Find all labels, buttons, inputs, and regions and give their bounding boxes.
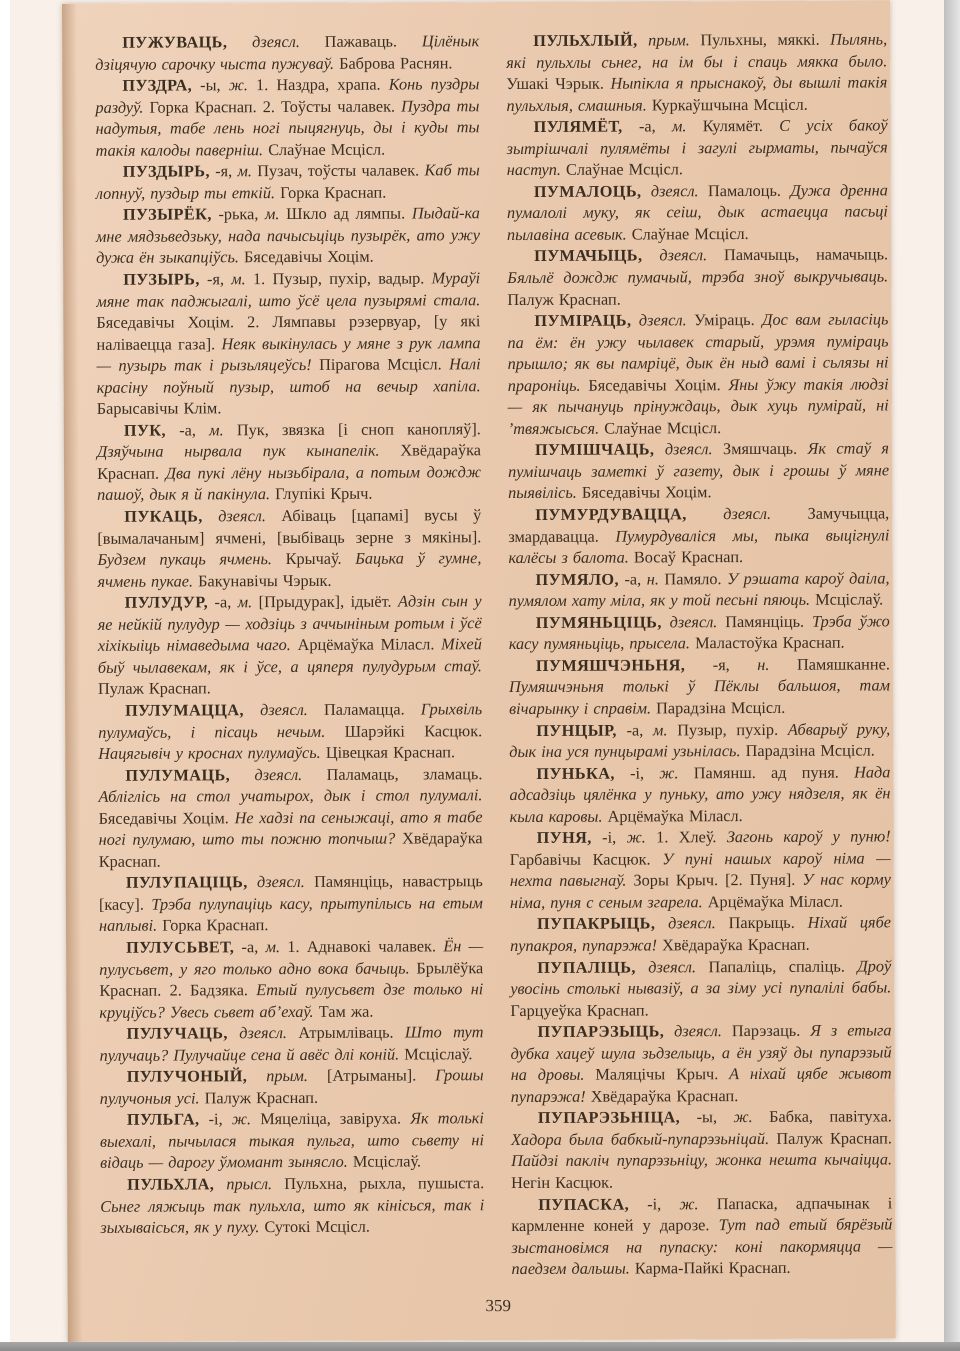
headword: ПУПАСКА, [538, 1194, 629, 1213]
dictionary-entry: ПУНЦЫР, -а, м. Пузыр, пухір. Абварыў рук… [509, 718, 890, 763]
definition-text: Бяседавічы Хоцім. [581, 375, 721, 395]
definition-text: Маляцічы Крыч. [584, 1064, 718, 1084]
definition-text: Паламацца. [308, 699, 405, 718]
definition-text: Арцёмаўка Міласл. [602, 806, 742, 826]
example-text: Хадора была бабкый-пупарэзьніцай. [511, 1129, 769, 1149]
headword: ПУЛУПАЦІЦЬ, [126, 873, 248, 893]
dictionary-entry: ПУЛУЧОНЫЙ, прым. [Атрыманы]. Грошы пулуч… [100, 1064, 484, 1109]
headword: ПУЖУВАЦЬ, [122, 32, 227, 51]
definition-text: -а, [166, 420, 196, 439]
definition-text: 1. Хлеў. [646, 827, 717, 846]
grammar-label: м. [196, 420, 224, 439]
definition-text: Куркаўшчына Мсцісл. [647, 94, 808, 114]
dictionary-entry: ПУМЯНЬЦІЦЬ, дзеясл. Памянціць. Трэба ўжо… [509, 610, 890, 655]
definition-text: Арцёмаўка Міласл. [291, 635, 435, 655]
dictionary-entry: ПУК, -а, м. Пук, звязка [і сноп канопляў… [97, 418, 481, 506]
dictionary-entry: ПУМУРДУВАЦЦА, дзеясл. Замучыцца, змардав… [508, 502, 889, 568]
headword: ПУМІШЧАЦЬ, [535, 440, 654, 460]
headword: ПУЛЬХЛЫЙ, [533, 30, 637, 49]
dictionary-entry: ПУЛУМАЦЦА, дзеясл. Паламацца. Грыхвіль п… [98, 698, 482, 764]
headword: ПУМАЧЫЦЬ, [534, 246, 642, 265]
headword: ПУПАКРЫЦЬ, [537, 914, 655, 934]
dictionary-entry: ПУЗЫРЁК, -рька, м. Шкло ад лямпы. Пыдай-… [96, 203, 480, 269]
dictionary-entry: ПУМЯШЧЭНЬНЯ, -я, н. Памяшканне. Пумяшчэн… [509, 653, 890, 719]
headword: ПУЗДЫРЬ, [123, 162, 210, 181]
grammar-label: прым. [247, 1066, 308, 1085]
grammar-label: ж. [644, 763, 679, 782]
grammar-label: дзеясл. [655, 914, 716, 933]
definition-text: -і, [592, 828, 616, 847]
example-text: Пайдзі пакліч пупарэзьніцу, жонка нешта … [511, 1150, 892, 1171]
grammar-label: ж. [717, 1107, 753, 1126]
definition-text: Пулаж Краснап. [98, 679, 211, 698]
headword: ПУНЦЫР, [536, 720, 617, 739]
definition-text: Цівецкая Краснап. [321, 742, 455, 762]
scanned-book-page: ПУЖУВАЦЬ, дзеясл. Пажаваць. Цілёнык дзіц… [0, 0, 960, 1351]
headword: ПУЛЬГА, [127, 1110, 200, 1129]
grammar-label: дзеясл. [641, 181, 698, 200]
headword: ПУМІРАЦЬ, [534, 311, 631, 330]
definition-text: [Атрыманы]. [308, 1066, 416, 1085]
definition-text: Атрымліваць. [287, 1023, 394, 1042]
definition-text: Баброва Раснян. [334, 53, 453, 73]
grammar-label: ж. [221, 75, 248, 94]
grammar-label: м. [224, 269, 246, 288]
definition-text: Папаліць, спаліць. [696, 956, 845, 976]
definition-text: Памяло. [659, 569, 722, 588]
definition-text: Сутокі Мсцісл. [259, 1217, 370, 1236]
grammar-label: дзеясл. [654, 440, 712, 459]
definition-text: Арцёмаўка Міласл. [703, 891, 843, 911]
grammar-label: прысл. [214, 1174, 272, 1193]
grammar-label: дзеясл. [244, 700, 308, 719]
grammar-label: прым. [638, 30, 690, 49]
definition-text: Пузач, тоўсты чалавек. [252, 161, 419, 181]
headword: ПУЗЫРЬ, [123, 269, 200, 288]
dictionary-entry: ПУПАЛІЦЬ, дзеясл. Папаліць, спаліць. Дро… [510, 955, 891, 1021]
headword: ПУНЯ, [537, 828, 592, 847]
headword: ПУМЯНЬЦІЦЬ, [536, 612, 662, 632]
dictionary-entry: ПУКАЦЬ, дзеясл. Абіваць [цапамі] вусы ў … [97, 504, 481, 592]
grammar-label: ж. [661, 1194, 698, 1213]
definition-text: 1. Аднавокі чалавек. [280, 936, 436, 956]
grammar-label: дзеясл. [687, 504, 771, 523]
definition-text: Палуж Краснап. [507, 289, 621, 308]
headword: ПУПАРЭЗЬНІЦА, [538, 1108, 680, 1128]
definition-text: -а, [208, 592, 231, 611]
scanner-edge-right [944, 0, 960, 1351]
definition-text: -я, [200, 269, 224, 288]
dictionary-entry: ПУМЯЛО, -а, н. Памяло. У рэшата кароў да… [508, 567, 889, 612]
definition-text: Мсціслаў. [810, 590, 883, 609]
headword: ПУНЬКА, [536, 763, 615, 782]
headword: ПУМУРДУВАЦЦА, [535, 504, 687, 524]
definition-text: -і, [615, 763, 644, 782]
dictionary-entry: ПУНЬКА, -і, ж. Памянш. ад пуня. Нада адс… [509, 761, 890, 827]
grammar-label: ж. [223, 1110, 251, 1129]
definition-text: Парэзаць. [722, 1021, 800, 1040]
definition-text: Негін Касцюк. [511, 1173, 613, 1192]
headword: ПУЛУЧОНЫЙ, [127, 1066, 248, 1086]
headword: ПУМЯШЧЭНЬНЯ, [536, 655, 685, 675]
definition-text: Пажаваць. [300, 32, 397, 51]
definition-text: Памянціць. [717, 612, 804, 631]
dictionary-entry: ПУМАЛОЦЬ, дзеясл. Памалоць. Дужа дренна … [507, 179, 888, 245]
definition-text: Змяшчаць. [713, 439, 798, 458]
dictionary-entry: ПУЛУДУР, -а, м. [Прыдурак], ідыёт. Адзін… [98, 590, 482, 699]
definition-text: Пакрыць. [716, 913, 795, 932]
headword: ПУЛУМАЦЬ, [125, 765, 230, 784]
definition-text: -я, [685, 655, 730, 674]
definition-text: Мсціслаў. [399, 1044, 472, 1063]
dictionary-entry: ПУПАКРЫЦЬ, дзеясл. Пакрыць. Ніхай цябе п… [510, 912, 891, 957]
definition-text: Шарэйкі Касцюк. [325, 721, 482, 741]
definition-text: Пузыр, пухір. [667, 719, 778, 738]
grammar-label: дзеясл. [636, 957, 696, 976]
headword: ПУЗЫРЁК, [123, 205, 212, 224]
dictionary-entry: ПУНЯ, -і, ж. 1. Хлеў. Загонь кароў у пун… [510, 826, 891, 914]
dictionary-entry: ПУМІРАЦЬ, дзеясл. Уміраць. Дос вам гылас… [507, 309, 889, 440]
definition-text: Памянш. ад пуня. [678, 762, 838, 782]
definition-text: Палуж Краснап. [199, 1088, 318, 1108]
definition-text: Маластоўка Краснап. [690, 633, 845, 653]
definition-text: Восаў Краснап. [629, 547, 743, 566]
definition-text: -ы, [680, 1107, 717, 1126]
dictionary-entry: ПУМІШЧАЦЬ, дзеясл. Змяшчаць. Як стаў я п… [508, 438, 889, 504]
page-number: 359 [101, 1294, 896, 1317]
definition-text: -я, [210, 162, 232, 181]
headword: ПУЛЯМЁТ, [533, 117, 622, 136]
definition-text: Там жа. [314, 1001, 374, 1020]
definition-text: Горка Краснап. [157, 916, 268, 935]
example-text: Абліглісь на стол учатырох, дык і стол п… [98, 785, 482, 806]
grammar-label: дзеясл. [662, 612, 718, 631]
definition-text: Барысавічы Клім. [97, 399, 222, 419]
example-text: Дзяўчына нырвала пук кынапелік. [97, 441, 380, 461]
definition-text: Кулямёт. [686, 116, 763, 135]
definition-text: Паламаць, зламаць. [302, 764, 482, 784]
definition-text: Парадзіна Мсцісл. [651, 698, 785, 718]
definition-text: Мсціслаў. [348, 1152, 421, 1171]
grammar-label: м. [656, 116, 687, 135]
example-text: Загонь кароў у пуню! [716, 827, 890, 847]
grammar-label: м. [258, 937, 280, 956]
definition-text: -і, [199, 1110, 222, 1129]
definition-text: Пірагова Мсцісл. [312, 355, 442, 375]
example-text: Нацягывіч у кроснах пулумаўсь. [98, 743, 321, 763]
grammar-label: н. [730, 655, 770, 674]
dictionary-entry: ПУЛУСЬВЕТ, -а, м. 1. Аднавокі чалавек. Ё… [99, 935, 483, 1023]
definition-text: Слаўнае Мсцісл. [561, 160, 683, 180]
definition-text: -а, [617, 720, 644, 739]
definition-text: Хвёдараўка Краснап. [586, 1086, 739, 1106]
definition-text: Памяшканне. [769, 654, 890, 674]
definition-text: Уміраць. [687, 310, 755, 329]
definition-text: Слаўнае Мсцісл. [599, 418, 721, 438]
grammar-label: м. [643, 720, 667, 739]
definition-text: Зоры Крыч. [2. Пуня]. [626, 870, 795, 890]
definition-text: Ушакі Чэрык. [506, 74, 604, 93]
dictionary-entry: ПУЛУПАЦІЦЬ, дзеясл. Памянціць, навастрыц… [99, 871, 483, 937]
definition-text: -ы, [192, 75, 221, 94]
grammar-label: м. [232, 161, 252, 180]
grammar-label: дзеясл. [203, 506, 266, 525]
grammar-label: дзеясл. [230, 765, 302, 784]
definition-text: -а, [623, 117, 656, 136]
dictionary-entry: ПУЛЬХЛА, прысл. Пульхна, рыхла, пушыста.… [100, 1172, 484, 1238]
dictionary-entry: ПУЗДРА, -ы, ж. 1. Наздра, храпа. Конь пу… [95, 73, 479, 161]
definition-text: Пульхна, рыхла, пушыста. [272, 1173, 484, 1193]
definition-text: Горка Краснап. 2. Тоўсты чалавек. [143, 96, 395, 116]
dictionary-entry: ПУПАРЭЗЫЦЬ, дзеясл. Парэзаць. Я з етыга … [510, 1020, 891, 1108]
definition-text: Бакунавічы Чэрык. [193, 571, 332, 591]
definition-text: Горка Краснап. [275, 182, 386, 201]
definition-text: 1. Пузыр, пухір, вадыр. [246, 268, 425, 288]
left-column: ПУЖУВАЦЬ, дзеясл. Пажаваць. Цілёнык дзіц… [95, 30, 484, 1281]
headword: ПУЛУСЬВЕТ, [126, 937, 234, 956]
definition-text: Мяцеліца, завіруха. [251, 1109, 401, 1129]
headword: ПУМЯЛО, [535, 569, 618, 588]
definition-text: Глупікі Крыч. [270, 484, 373, 503]
dictionary-entry: ПУЗДЫРЬ, -я, м. Пузач, тоўсты чалавек. К… [96, 159, 480, 204]
grammar-label: дзеясл. [228, 1023, 287, 1042]
example-text: Будзем пукаць ячмень. [97, 549, 272, 569]
definition-text: 1. Наздра, храпа. [248, 75, 381, 95]
headword: ПУК, [124, 420, 166, 439]
definition-text: Пульхны, мяккі. [690, 30, 820, 50]
grammar-label: н. [641, 569, 659, 588]
definition-text: Шкло ад лямпы. [279, 204, 405, 224]
dictionary-entry: ПУЛЬХЛЫЙ, прым. Пульхны, мяккі. Пылянь, … [506, 28, 887, 116]
dictionary-entry: ПУПАРЭЗЬНІЦА, -ы, ж. Бабка, павітуха. Ха… [511, 1106, 892, 1194]
right-column: ПУЛЬХЛЫЙ, прым. Пульхны, мяккі. Пылянь, … [506, 28, 892, 1279]
dictionary-entry: ПУЛЬГА, -і, ж. Мяцеліца, завіруха. Як то… [100, 1108, 484, 1174]
definition-text: -а, [619, 569, 641, 588]
definition-text: Бяседавічы Хоцім. [577, 483, 712, 503]
definition-text: Бяседавічы Хоцім. [99, 808, 229, 828]
definition-text: Слаўнае Мсцісл. [263, 139, 385, 159]
definition-text: Палуж Краснап. [769, 1128, 892, 1148]
definition-text: Памачыць, намачыць. [707, 245, 888, 265]
grammar-label: дзеясл. [248, 872, 305, 891]
definition-text: Хвёдараўка Краснап. [657, 935, 810, 955]
definition-text: Пук, звязка [і сноп канопляў]. [224, 419, 481, 439]
headword: ПУЛУМАЦЦА, [125, 700, 244, 720]
grammar-label: ж. [616, 828, 646, 847]
grammar-label: дзеясл. [642, 246, 707, 265]
book-page: ПУЖУВАЦЬ, дзеясл. Пажаваць. Цілёнык дзіц… [62, 0, 896, 1342]
dictionary-entry: ПУЛУЧАЦЬ, дзеясл. Атрымліваць. Што тут п… [99, 1021, 483, 1066]
dictionary-entry: ПУЗЫРЬ, -я, м. 1. Пузыр, пухір, вадыр. М… [96, 267, 481, 420]
headword: ПУКАЦЬ, [124, 506, 203, 525]
grammar-label: м. [258, 204, 279, 223]
definition-text: Бяседавічы Хоцім. [239, 247, 374, 267]
dictionary-text-block: ПУЖУВАЦЬ, дзеясл. Пажаваць. Цілёнык дзіц… [62, 0, 896, 1281]
definition-text: Гарцуеўка Краснап. [510, 1000, 648, 1020]
definition-text: [Прыдурак], ідыёт. [252, 592, 391, 612]
definition-text: Бабка, павітуха. [753, 1107, 892, 1127]
dictionary-entry: ПУПАСКА, -і, ж. Папаска, адпачынак і кар… [511, 1192, 892, 1280]
headword: ПУМАЛОЦЬ, [534, 181, 642, 200]
headword: ПУЛУДУР, [125, 593, 209, 612]
headword: ПУЛЬХЛА, [127, 1174, 214, 1193]
headword: ПУПАЛІЦЬ, [537, 957, 636, 976]
definition-text: Карма-Пайкі Краснап. [630, 1258, 791, 1278]
definition-text: -рька, [212, 205, 259, 224]
definition-text: Памалоць. [699, 181, 781, 200]
definition-text: -і, [629, 1194, 661, 1213]
grammar-label: дзеясл. [227, 32, 300, 51]
dictionary-entry: ПУМАЧЫЦЬ, дзеясл. Памачыць, намачыць. Бя… [507, 244, 888, 310]
grammar-label: м. [231, 592, 252, 611]
headword: ПУПАРЭЗЫЦЬ, [537, 1022, 664, 1042]
scanner-edge-bottom [0, 1342, 960, 1351]
grammar-label: дзеясл. [631, 310, 686, 329]
definition-text: -а, [234, 937, 258, 956]
definition-text: Гарбавічы Касцюк. [510, 849, 651, 869]
headword: ПУЛУЧАЦЬ, [126, 1023, 227, 1042]
headword: ПУЗДРА, [122, 76, 192, 95]
definition-text: Крычаў. [272, 549, 342, 568]
definition-text: Парадзіна Мсцісл. [740, 741, 874, 761]
dictionary-entry: ПУЛУМАЦЬ, дзеясл. Паламаць, зламаць. Абл… [98, 763, 482, 872]
grammar-label: дзеясл. [664, 1021, 722, 1040]
dictionary-entry: ПУЖУВАЦЬ, дзеясл. Пажаваць. Цілёнык дзіц… [95, 30, 479, 75]
definition-text: Слаўнае Мсцісл. [627, 224, 749, 244]
dictionary-entry: ПУЛЯМЁТ, -а, м. Кулямёт. С усіх бакоў зы… [506, 115, 887, 181]
example-text: Бяльлё дождж пумачый, трэба зноў выкручы… [507, 266, 888, 287]
